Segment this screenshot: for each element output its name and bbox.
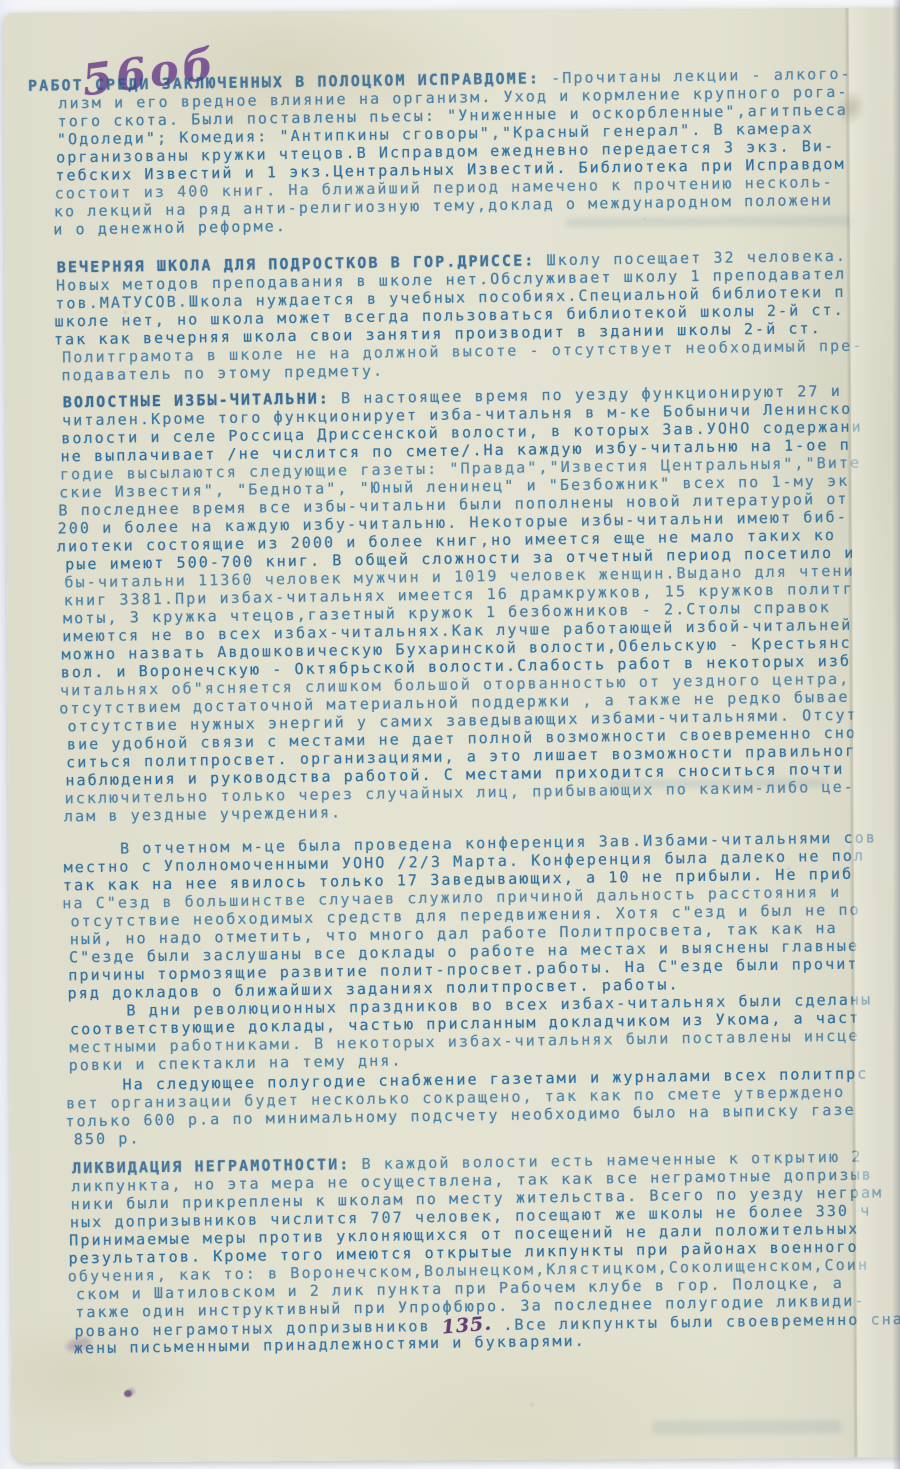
paragraph: РАБОТ СРЕДИ ЗАКЛЮЧЕННЫХ В ПОЛОЦКОМ ИСПРА…: [54, 64, 900, 239]
paragraph: На следующее полугодие снабжение газетам…: [69, 1064, 900, 1149]
typewritten-text: РАБОТ СРЕДИ ЗАКЛЮЧЕННЫХ В ПОЛОЦКОМ ИСПРА…: [54, 64, 900, 1358]
paragraph: В отчетном м-це была проведена конференц…: [65, 828, 900, 1003]
document-scan: 56об РАБОТ СРЕДИ ЗАКЛЮЧЕННЫХ В ПОЛОЦКОМ …: [0, 0, 900, 1469]
paper-sheet: 56об РАБОТ СРЕДИ ЗАКЛЮЧЕННЫХ В ПОЛОЦКОМ …: [4, 7, 900, 1463]
ink-bleed-smudge: [652, 1420, 842, 1435]
paragraph: ЛИКВИДАЦИЯ НЕГРАМОТНОСТИ: В каждой волос…: [70, 1147, 900, 1358]
paragraph: В дни революционных праздников во всех и…: [68, 990, 900, 1075]
paragraph: ВОЛОСТНЫЕ ИЗБЫ-ЧИТАЛЬНИ: В настоящее вре…: [59, 381, 900, 826]
scan-edge-shadow: [892, 0, 900, 1469]
paragraph: ВЕЧЕРНЯЯ ШКОЛА ДЛЯ ПОДРОСТКОВ В ГОР.ДРИС…: [57, 246, 900, 385]
ink-dot: [124, 1390, 132, 1397]
